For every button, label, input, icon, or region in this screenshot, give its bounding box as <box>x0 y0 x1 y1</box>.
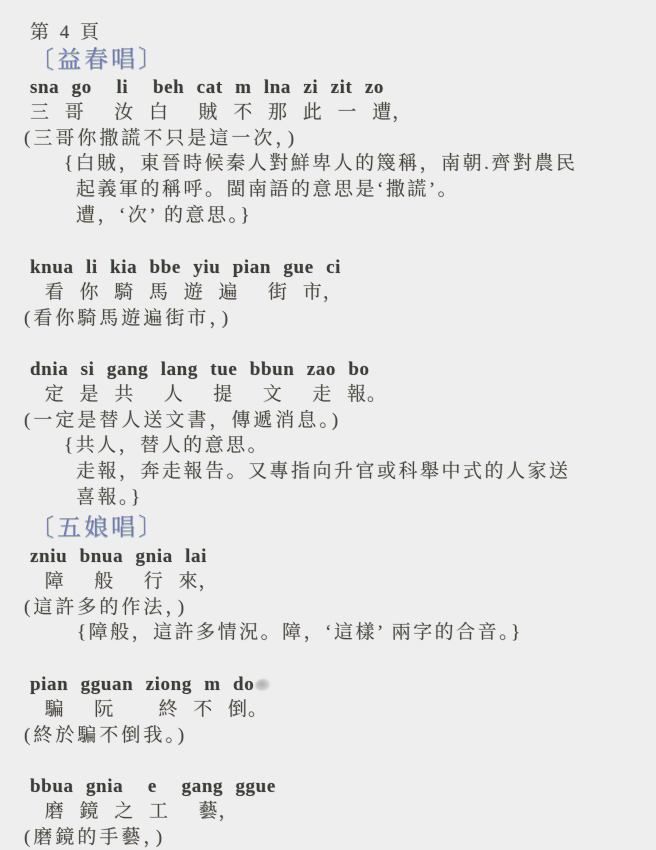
mandarin-gloss-line: (這許多的作法，) <box>24 595 656 620</box>
lyric-line: 磨 鏡 之 工 藝， <box>30 799 656 825</box>
lyric-line: 定 是 共 人 提 文 走 報。 <box>30 382 656 408</box>
page-number-label: 第 4 頁 <box>30 20 656 45</box>
stanza-4: zniu bnua gnia lai 障 般 行 來， (這許多的作法，) {障… <box>30 544 656 646</box>
footnote-line: 喜報。} <box>76 485 656 511</box>
mandarin-gloss-line: (磨鏡的手藝，) <box>24 825 656 850</box>
handwritten-singer-annotation-yichun: 〔益春唱〕 <box>30 44 165 75</box>
mandarin-gloss-line: (一定是替人送文書，傳遞消息。) <box>24 408 656 433</box>
romanization-line: dnia si gang lang tue bbun zao bo <box>30 357 656 382</box>
stanza-2: knua li kia bbe yiu pian gue ci 看 你 騎 馬 … <box>30 255 656 331</box>
romanization-line: sna go li beh cat m lna zi zit zo <box>30 75 656 100</box>
lyric-line: 三 哥 汝 白 賊 不 那 此 一 遭， <box>30 100 656 126</box>
footnote-line: {共人，替人的意思。 <box>64 433 656 459</box>
romanization-line: bbua gnia e gang ggue <box>30 774 656 799</box>
footnote-line: {白賊，東晉時候秦人對鮮卑人的篾稱，南朝.齊對農民 <box>64 151 656 177</box>
lyric-line: 看 你 騎 馬 遊 遍 街 市， <box>30 280 656 306</box>
mandarin-gloss-line: (三哥你撒謊不只是這一次，) <box>24 126 656 151</box>
footnote-line: 走報，奔走報告。又專指向升官或科舉中式的人家送 <box>76 459 656 485</box>
stanza-5: pian gguan ziong m do 騙 阮 終 不 倒。 (終於騙不倒我… <box>30 672 656 748</box>
stanza-1: sna go li beh cat m lna zi zit zo 三 哥 汝 … <box>30 75 656 229</box>
footnote-line: 起義軍的稱呼。閩南語的意思是‘撒謊’。 <box>76 177 656 203</box>
scanned-document-page: 第 4 頁 〔益春唱〕 sna go li beh cat m lna zi z… <box>0 0 656 850</box>
mandarin-gloss-line: (終於騙不倒我。) <box>24 723 656 748</box>
footnote-line: 遭，‘次’ 的意思。} <box>76 203 656 229</box>
romanization-line: knua li kia bbe yiu pian gue ci <box>30 255 656 280</box>
ink-smudge <box>255 679 270 691</box>
lyric-line: 騙 阮 終 不 倒。 <box>30 697 656 723</box>
footnote-line: {障般，這許多情況。障，‘這樣’ 兩字的合音。} <box>77 620 656 646</box>
romanization-text: pian gguan ziong m do <box>30 674 254 695</box>
stanza-3: dnia si gang lang tue bbun zao bo 定 是 共 … <box>30 357 656 511</box>
handwritten-singer-annotation-wuniang: 〔五娘唱〕 <box>30 512 165 543</box>
stanza-6: bbua gnia e gang ggue 磨 鏡 之 工 藝， (磨鏡的手藝，… <box>30 774 656 850</box>
romanization-line: zniu bnua gnia lai <box>30 544 656 569</box>
romanization-line: pian gguan ziong m do <box>30 672 656 697</box>
lyric-line: 障 般 行 來， <box>30 569 656 595</box>
mandarin-gloss-line: (看你騎馬遊遍街市，) <box>24 306 656 331</box>
